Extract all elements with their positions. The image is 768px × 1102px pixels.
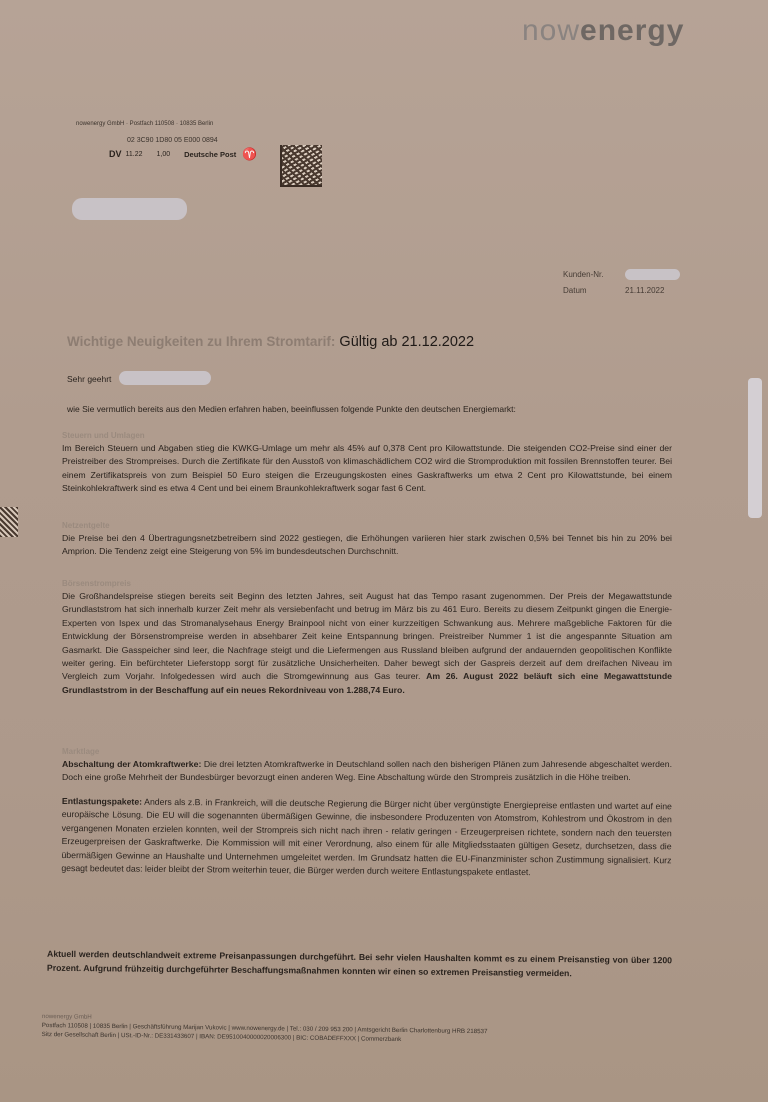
section-heading: Steuern und Umlagen [62, 430, 672, 442]
section-marktlage: Marktlage Abschaltung der Atomkraftwerke… [62, 746, 672, 875]
sender-return-address: nowenergy GmbH · Postfach 110508 · 10835… [76, 121, 213, 127]
redacted-name [119, 371, 211, 385]
postage-dv: DV [109, 149, 122, 159]
closing-statement: Aktuell werden deutschlandweit extreme P… [47, 947, 672, 982]
footer: nowenergy GmbH Postfach 110508 | 10835 B… [42, 1012, 682, 1048]
postage-code: 02 3C90 1D80 05 E000 0894 [127, 137, 218, 144]
post-horn-icon: ♈ [242, 147, 257, 161]
nowenergy-logo: nowenergy [522, 14, 684, 48]
redacted-customer-number [625, 269, 680, 280]
item-text: Anders als z.B. in Frankreich, will die … [61, 797, 672, 877]
customer-number-label: Kunden-Nr. [563, 270, 625, 279]
letter-meta: Kunden-Nr. Datum 21.11.2022 [563, 266, 680, 298]
section-text: Im Bereich Steuern und Abgaben stieg die… [62, 442, 672, 496]
logo-light-part: now [522, 14, 580, 47]
section-steuern: Steuern und Umlagen Im Bereich Steuern u… [62, 430, 672, 496]
date-value: 21.11.2022 [625, 286, 664, 295]
postage-row: DV 11.22 1,00 Deutsche Post ♈ [109, 147, 257, 161]
datamatrix-code-icon [280, 145, 322, 187]
section-heading: Börsenstrompreis [62, 578, 672, 590]
postage-amount: 1,00 [157, 151, 171, 158]
section-body: Die Großhandelspreise stiegen bereits se… [62, 591, 672, 681]
section-boersenstrompreis: Börsenstrompreis Die Großhandelspreise s… [62, 578, 672, 697]
logo-bold-part: energy [580, 14, 684, 47]
item-label: Entlastungspakete: [62, 796, 142, 807]
date-label: Datum [563, 286, 625, 295]
section-heading: Marktlage [62, 746, 672, 758]
intro-text: wie Sie vermutlich bereits aus den Medie… [67, 404, 516, 414]
marktlage-item-atom: Abschaltung der Atomkraftwerke: Die drei… [62, 758, 672, 785]
item-label: Abschaltung der Atomkraftwerke: [62, 759, 201, 769]
postage-carrier: Deutsche Post [184, 150, 236, 159]
salutation-text: Sehr geehrt [67, 374, 111, 384]
section-netzentgelte: Netzentgelte Die Preise bei den 4 Übertr… [62, 520, 672, 559]
marktlage-item-entlastung: Entlastungspakete: Anders als z.B. in Fr… [61, 795, 672, 881]
redacted-margin-strip [748, 378, 762, 518]
title-subject: Wichtige Neuigkeiten zu Ihrem Stromtarif… [67, 334, 335, 349]
redacted-address [72, 198, 187, 220]
salutation: Sehr geehrt [67, 374, 111, 384]
title-valid-from: Gültig ab 21.12.2022 [339, 334, 474, 350]
letter-page: nowenergy nowenergy GmbH · Postfach 1105… [0, 0, 768, 1102]
postage-date: 11.22 [126, 151, 143, 158]
letter-title: Wichtige Neuigkeiten zu Ihrem Stromtarif… [67, 334, 474, 350]
section-text: Die Preise bei den 4 Übertragungsnetzbet… [62, 532, 672, 559]
section-text: Die Großhandelspreise stiegen bereits se… [62, 590, 672, 697]
margin-code-icon [0, 507, 18, 537]
section-heading: Netzentgelte [62, 520, 672, 532]
